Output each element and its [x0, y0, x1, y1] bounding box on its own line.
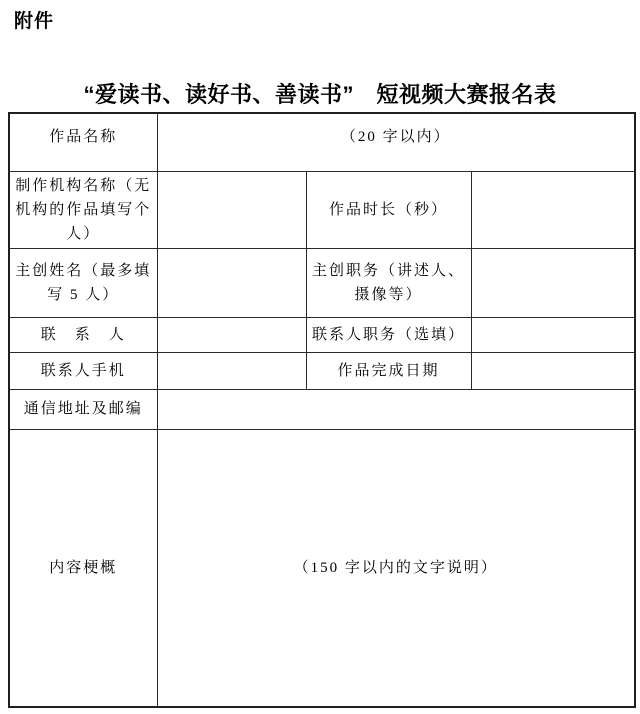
row-address: 通信地址及邮编	[9, 389, 635, 429]
row-work-title: 作品名称 （20 字以内）	[9, 113, 635, 171]
creators-label: 主创姓名（最多填写 5 人）	[9, 248, 157, 317]
creator-roles-label: 主创职务（讲述人、摄像等）	[306, 248, 471, 317]
contact-label: 联 系 人	[9, 317, 157, 352]
synopsis-label: 内容梗概	[9, 429, 157, 707]
contact-role-label: 联系人职务（选填）	[306, 317, 471, 352]
creators-value-cell	[157, 248, 306, 317]
producer-value-cell	[157, 171, 306, 248]
producer-label: 制作机构名称（无机构的作品填写个人）	[9, 171, 157, 248]
completion-date-value-cell	[471, 352, 635, 389]
row-contact: 联 系 人 联系人职务（选填）	[9, 317, 635, 352]
attachment-label: 附件	[14, 6, 54, 33]
address-value-cell	[157, 389, 635, 429]
contact-phone-label: 联系人手机	[9, 352, 157, 389]
work-title-label: 作品名称	[9, 113, 157, 171]
synopsis-value-cell: （150 字以内的文字说明）	[157, 429, 635, 707]
contact-phone-value-cell	[157, 352, 306, 389]
contact-value-cell	[157, 317, 306, 352]
page-title: “爱读书、读好书、善读书” 短视频大赛报名表	[0, 78, 640, 109]
completion-date-label: 作品完成日期	[306, 352, 471, 389]
contact-role-value-cell	[471, 317, 635, 352]
registration-form-table: 作品名称 （20 字以内） 制作机构名称（无机构的作品填写个人） 作品时长（秒）…	[8, 112, 636, 708]
row-synopsis: 内容梗概 （150 字以内的文字说明）	[9, 429, 635, 707]
work-title-value-cell: （20 字以内）	[157, 113, 635, 171]
creator-roles-value-cell	[471, 248, 635, 317]
document-page: 附件 “爱读书、读好书、善读书” 短视频大赛报名表 作品名称 （20 字以内） …	[0, 0, 640, 714]
row-phone-date: 联系人手机 作品完成日期	[9, 352, 635, 389]
row-producer-duration: 制作机构名称（无机构的作品填写个人） 作品时长（秒）	[9, 171, 635, 248]
duration-value-cell	[471, 171, 635, 248]
address-label: 通信地址及邮编	[9, 389, 157, 429]
duration-label: 作品时长（秒）	[306, 171, 471, 248]
row-creators-roles: 主创姓名（最多填写 5 人） 主创职务（讲述人、摄像等）	[9, 248, 635, 317]
